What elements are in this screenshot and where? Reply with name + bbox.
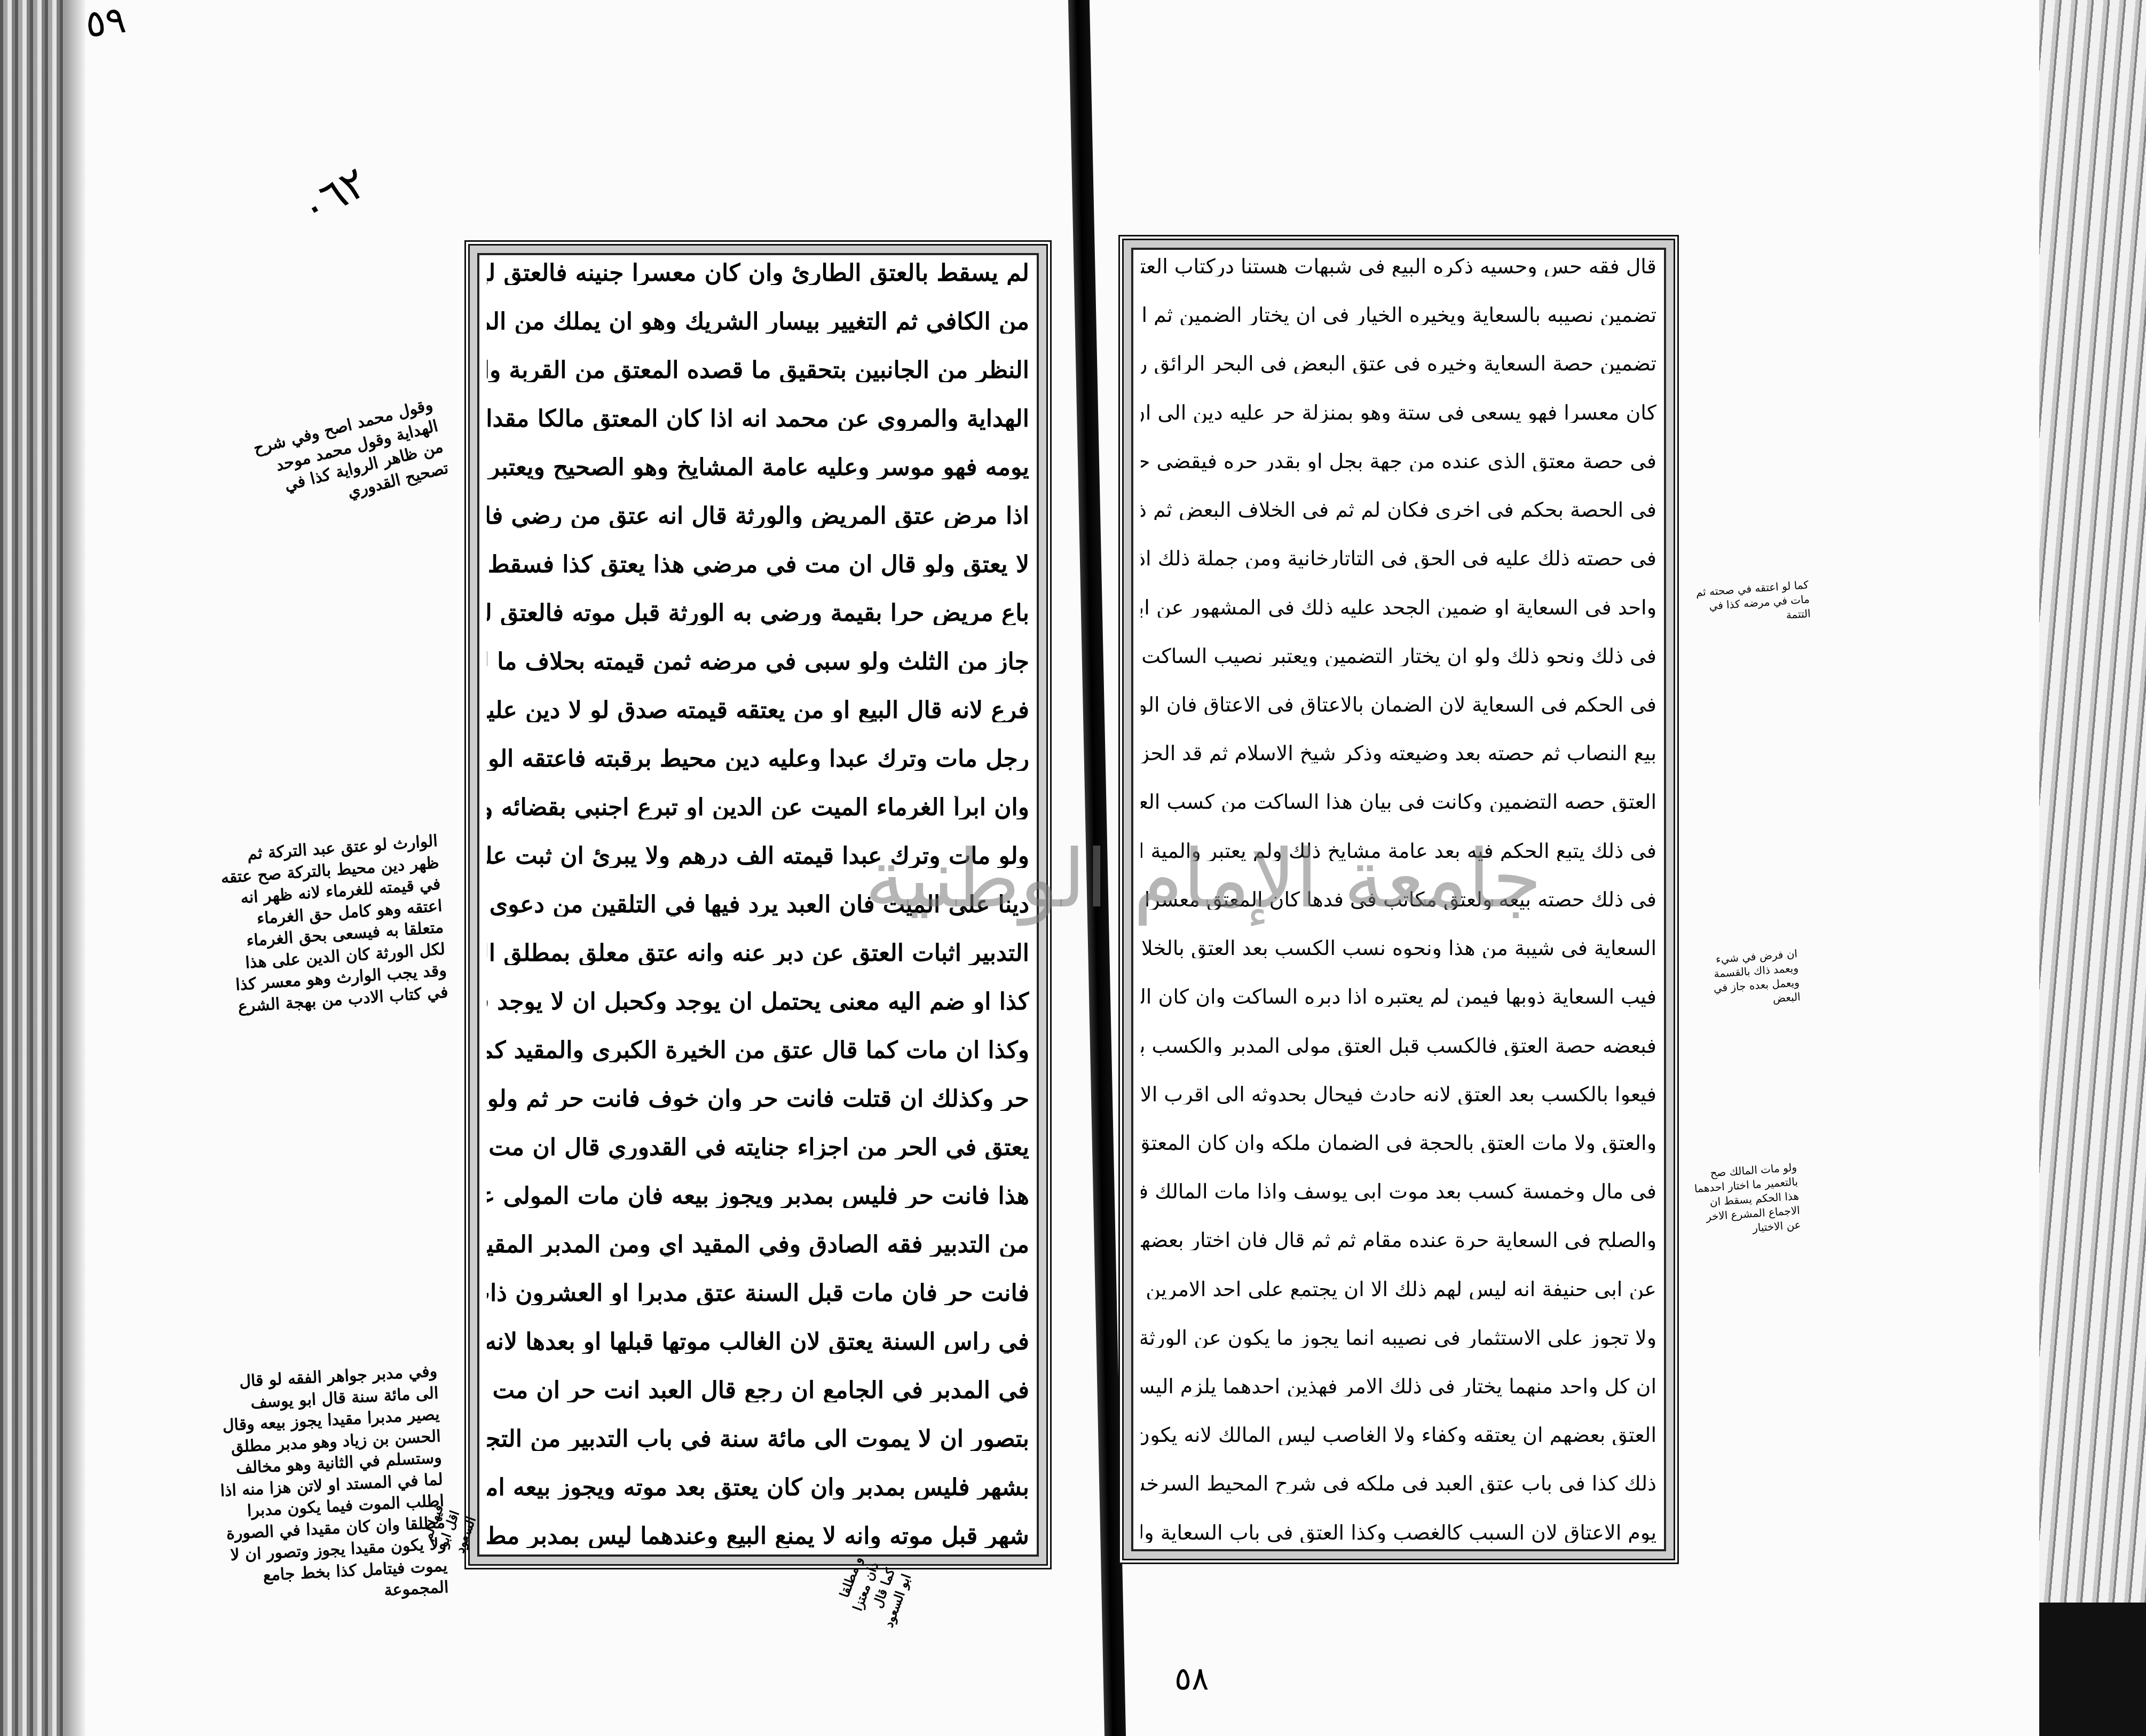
text-line: فبعضه حصة العتق فالكسب قبل العتق مولى ال… — [1141, 1036, 1656, 1056]
text-line: واحد في السعاية او ضمين الجحد عليه ذلك ف… — [1141, 597, 1656, 618]
margin-note: وقول محمد اصح وفي شرح الهداية وقول محمد … — [243, 394, 451, 525]
manuscript-spread: ٥٩ ٠٦٢ ٥٨ لم يسقط بالعتق الطارئ وان كان … — [0, 0, 2146, 1736]
text-line: اذا مرض عتق المريض والورثة قال انه عتق م… — [487, 504, 1029, 528]
text-line: وكذا ان مات كما قال عتق من الخيرة الكبرى… — [487, 1039, 1029, 1062]
text-line: باع مريض حرا بقيمة ورضي به الورثة قبل مو… — [487, 602, 1029, 625]
text-line: فيعوا بالكسب بعد العتق لانه حادث فيحال ب… — [1141, 1084, 1656, 1104]
right-page-edges — [2039, 0, 2146, 1736]
left-page-edges — [0, 0, 64, 1736]
text-line: في راس السنة يعتق لان الغالب موتها قبلها… — [487, 1330, 1029, 1354]
left-page-number: ٥٩ — [83, 0, 129, 46]
text-line: من التدبير فقه الصادق وفي المقيد اي ومن … — [487, 1233, 1029, 1257]
text-line: في حصته ذلك عليه في الحق في التاتارخانية… — [1141, 548, 1656, 569]
text-line: بيع النصاب ثم حصته بعد وضيعته وذكر شيخ ا… — [1141, 743, 1656, 763]
text-line: والصلح في السعاية حرة عنده مقام ثم ثم قا… — [1141, 1230, 1656, 1250]
library-watermark: جامعة الإمام الوطنية — [865, 833, 1542, 926]
text-line: حر وكذلك ان قتلت فانت حر وان خوف فانت حر… — [487, 1087, 1029, 1111]
text-line: ان كل واحد منهما يختار في ذلك الامر فهذي… — [1141, 1376, 1656, 1396]
text-line: الهداية والمروي عن محمد انه اذا كان المع… — [487, 407, 1029, 431]
text-line: والعتق ولا مات العتق بالحجة في الضمان مل… — [1141, 1133, 1656, 1153]
text-line: لا يعتق ولو قال ان مت في مرضي هذا يعتق ك… — [487, 553, 1029, 577]
text-line: في حصة معتق الذي عنده من جهة بجل او بقدر… — [1141, 451, 1656, 471]
text-line: بتصور ان لا يموت الى مائة سنة في باب الت… — [487, 1427, 1029, 1451]
text-line: ولا تجوز على الاستثمار في نصيبه انما يجو… — [1141, 1328, 1656, 1348]
text-line: ذلك كذا في باب عتق العبد في ملكه في شرح … — [1141, 1473, 1656, 1494]
text-line: لم يسقط بالعتق الطارئ وان كان معسرا جنين… — [487, 262, 1029, 285]
margin-note: كما لو اعتقه في صحته ثم مات في مرضه كذا … — [1685, 578, 1811, 629]
text-line: كان معسرا فهو يسعى في ستة وهو بمنزلة حر … — [1141, 403, 1656, 423]
text-line: بشهر فليس بمدبر وان كان يعتق بعد موته وي… — [487, 1476, 1029, 1500]
text-line: فيب السعاية ذوبها فيمن لم يعتبره اذا دبر… — [1141, 987, 1656, 1007]
text-line: في الحكم في السعاية لان الضمان بالاعتاق … — [1141, 695, 1656, 715]
margin-note: الوارث لو عتق عبد التركة ثم ظهر دين محيط… — [218, 831, 449, 1019]
text-line: العتق بعضهم ان يعتقه وكفاء ولا الغاصب لي… — [1141, 1425, 1656, 1445]
text-line: السعاية في شيبة من هذا ونحوه نسب الكسب ب… — [1141, 938, 1656, 958]
text-line: التدبير اثبات العتق عن دبر عنه وانه عتق … — [487, 942, 1029, 965]
folio-number: ٠٦٢ — [291, 157, 375, 234]
margin-note: وفي مدبر جواهر الفقه لو قال الى مائة سنة… — [213, 1361, 449, 1610]
text-line: فانت حر فان مات قبل السنة عتق مدبرا او ا… — [487, 1282, 1029, 1305]
text-line: في ذلك ونحو ذلك ولو ان يختار التضمين ويع… — [1141, 646, 1656, 666]
right-page-number: ٥٨ — [1174, 1660, 1209, 1698]
text-line: هذا فانت حر فليس بمدبر ويجوز بيعه فان ما… — [487, 1185, 1029, 1208]
text-line: يعتق في الحر من اجزاء جنايته في القدوري … — [487, 1136, 1029, 1159]
text-line: عن ابي حنيفة انه ليس لهم ذلك الا ان يجتم… — [1141, 1279, 1656, 1299]
text-line: في مال وخمسة كسب بعد موت ابي يوسف واذا م… — [1141, 1181, 1656, 1202]
text-line: العتق حصه التضمين وكانت في بيان هذا السا… — [1141, 792, 1656, 812]
text-line: في المدبر في الجامع ان رجع قال العبد انت… — [487, 1379, 1029, 1402]
text-line: رجل مات وترك عبدا وعليه دين محيط برقبته … — [487, 747, 1029, 771]
margin-note: ان فرض في شيء ويعمد ذاك بالقسمة ويعمل بع… — [1690, 946, 1801, 1012]
text-line: قال فقه حس وحسيه ذكره البيع في شبهات هست… — [1141, 256, 1656, 277]
margin-note: ولو مات المالك صح بالتعمير ما اختار احده… — [1690, 1160, 1802, 1240]
text-line: النظر من الجانبين بتحقيق ما قصده المعتق … — [487, 359, 1029, 382]
text-line: فرع لانه قال البيع او من يعتقه قيمته صدق… — [487, 699, 1029, 722]
text-line: جاز من الثلث ولو سبى في مرضه ثمن قيمته ب… — [487, 650, 1029, 674]
scan-dark-corner — [2039, 1603, 2146, 1736]
text-line: تضمين حصة السعاية وخيره في عتق البعض في … — [1141, 353, 1656, 374]
text-line: تضمين نصيبه بالسعاية ويخيره الخيار في ان… — [1141, 305, 1656, 325]
text-line: يوم الاعتاق لان السبب كالغصب وكذا العتق … — [1141, 1522, 1656, 1543]
text-line: من الكافي ثم التغيير بيسار الشريك وهو ان… — [487, 310, 1029, 334]
left-page-shadow — [64, 0, 85, 1736]
text-line: وان ابرأ الغرماء الميت عن الدين او تبرع … — [487, 796, 1029, 819]
text-line: شهر قبل موته وانه لا يمنع البيع وعندهما … — [487, 1525, 1029, 1548]
text-line: في الحصة بحكم في اخرى فكان لم ثم في الخل… — [1141, 500, 1656, 520]
text-line: كذا او ضم اليه معنى يحتمل ان يوجد وكحبل … — [487, 990, 1029, 1014]
text-line: يومه فهو موسر وعليه عامة المشايخ وهو الص… — [487, 456, 1029, 479]
